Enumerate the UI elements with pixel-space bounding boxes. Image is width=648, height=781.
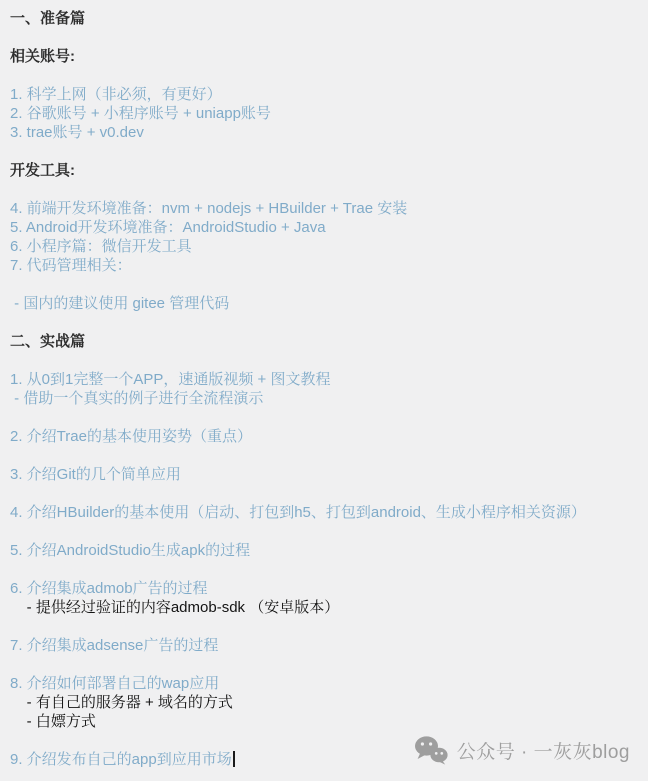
text-line-content: 3. 介绍Git的几个简单应用 xyxy=(10,466,181,483)
text-line-content: 2. 谷歌账号 + 小程序账号 + uniapp账号 xyxy=(10,105,271,122)
blank-line xyxy=(10,655,640,674)
blank-line xyxy=(10,313,640,332)
text-line-content: 8. 介绍如何部署自己的wap应用 xyxy=(10,675,219,692)
blank-line xyxy=(10,408,640,427)
notes-page: 一、准备篇相关账号:1. 科学上网（非必须，有更好）2. 谷歌账号 + 小程序账… xyxy=(0,0,648,781)
text-line: 一、准备篇 xyxy=(10,9,640,28)
text-line-content: - 有自己的服务器 + 域名的方式 xyxy=(10,694,233,711)
text-line: 8. 介绍如何部署自己的wap应用 xyxy=(10,674,640,693)
text-line: 6. 小程序篇：微信开发工具 xyxy=(10,237,640,256)
text-line-content: 相关账号: xyxy=(10,48,75,65)
text-line: 3. trae账号 + v0.dev xyxy=(10,123,640,142)
text-line-content: 4. 前端开发环境准备：nvm + nodejs + HBuilder + Tr… xyxy=(10,200,407,217)
text-line-content: - 借助一个真实的例子进行全流程演示 xyxy=(10,390,263,407)
blank-line xyxy=(10,28,640,47)
text-line: 6. 介绍集成admob广告的过程 xyxy=(10,579,640,598)
text-line: 7. 代码管理相关： xyxy=(10,256,640,275)
text-line-content: 9. 介绍发布自己的app到应用市场 xyxy=(10,751,232,768)
text-line: - 白嫖方式 xyxy=(10,712,640,731)
blank-line xyxy=(10,560,640,579)
blank-line xyxy=(10,275,640,294)
text-line: - 有自己的服务器 + 域名的方式 xyxy=(10,693,640,712)
text-cursor xyxy=(233,751,235,767)
wechat-icon xyxy=(414,736,448,765)
text-line: 5. 介绍AndroidStudio生成apk的过程 xyxy=(10,541,640,560)
text-line: 4. 前端开发环境准备：nvm + nodejs + HBuilder + Tr… xyxy=(10,199,640,218)
blank-line xyxy=(10,351,640,370)
text-line-content: 4. 介绍HBuilder的基本使用（启动、打包到h5、打包到android、生… xyxy=(10,504,586,521)
blank-line xyxy=(10,66,640,85)
watermark-text: 公众号 · 一灰灰blog xyxy=(457,737,630,764)
document-lines: 一、准备篇相关账号:1. 科学上网（非必须，有更好）2. 谷歌账号 + 小程序账… xyxy=(10,9,640,769)
text-line: 3. 介绍Git的几个简单应用 xyxy=(10,465,640,484)
text-line: 2. 介绍Trae的基本使用姿势（重点） xyxy=(10,427,640,446)
text-line-content: - 白嫖方式 xyxy=(10,713,96,730)
text-line-content: 5. Android开发环境准备：AndroidStudio + Java xyxy=(10,219,326,236)
blank-line xyxy=(10,446,640,465)
text-editor[interactable]: 一、准备篇相关账号:1. 科学上网（非必须，有更好）2. 谷歌账号 + 小程序账… xyxy=(0,0,648,769)
text-line-content: 5. 介绍AndroidStudio生成apk的过程 xyxy=(10,542,250,559)
blank-line xyxy=(10,617,640,636)
text-line: 5. Android开发环境准备：AndroidStudio + Java xyxy=(10,218,640,237)
text-line: 1. 科学上网（非必须，有更好） xyxy=(10,85,640,104)
text-line-content: - 提供经过验证的内容admob-sdk （安卓版本） xyxy=(10,599,339,616)
text-line: 1. 从0到1完整一个APP，速通版视频 + 图文教程 xyxy=(10,370,640,389)
text-line: - 借助一个真实的例子进行全流程演示 xyxy=(10,389,640,408)
text-line-content: 6. 小程序篇：微信开发工具 xyxy=(10,238,192,255)
text-line: 二、实战篇 xyxy=(10,332,640,351)
text-line-content: 7. 代码管理相关： xyxy=(10,257,132,274)
text-line-content: 6. 介绍集成admob广告的过程 xyxy=(10,580,208,597)
text-line: 2. 谷歌账号 + 小程序账号 + uniapp账号 xyxy=(10,104,640,123)
blank-line xyxy=(10,484,640,503)
text-line: 开发工具: xyxy=(10,161,640,180)
text-line-content: 2. 介绍Trae的基本使用姿势（重点） xyxy=(10,428,252,445)
text-line: 相关账号: xyxy=(10,47,640,66)
text-line-content: 7. 介绍集成adsense广告的过程 xyxy=(10,637,218,654)
text-line-content: 开发工具: xyxy=(10,162,75,179)
text-line-content: 3. trae账号 + v0.dev xyxy=(10,124,144,141)
text-line: - 国内的建议使用 gitee 管理代码 xyxy=(10,294,640,313)
text-line: 7. 介绍集成adsense广告的过程 xyxy=(10,636,640,655)
text-line-content: - 国内的建议使用 gitee 管理代码 xyxy=(10,295,229,312)
blank-line xyxy=(10,522,640,541)
blank-line xyxy=(10,180,640,199)
text-line: 4. 介绍HBuilder的基本使用（启动、打包到h5、打包到android、生… xyxy=(10,503,640,522)
text-line-content: 1. 科学上网（非必须，有更好） xyxy=(10,86,222,103)
text-line-content: 二、实战篇 xyxy=(10,333,85,350)
text-line: - 提供经过验证的内容admob-sdk （安卓版本） xyxy=(10,598,640,617)
text-line-content: 1. 从0到1完整一个APP，速通版视频 + 图文教程 xyxy=(10,371,330,388)
text-line-content: 一、准备篇 xyxy=(10,10,85,27)
blank-line xyxy=(10,142,640,161)
watermark: 公众号 · 一灰灰blog xyxy=(414,736,630,765)
